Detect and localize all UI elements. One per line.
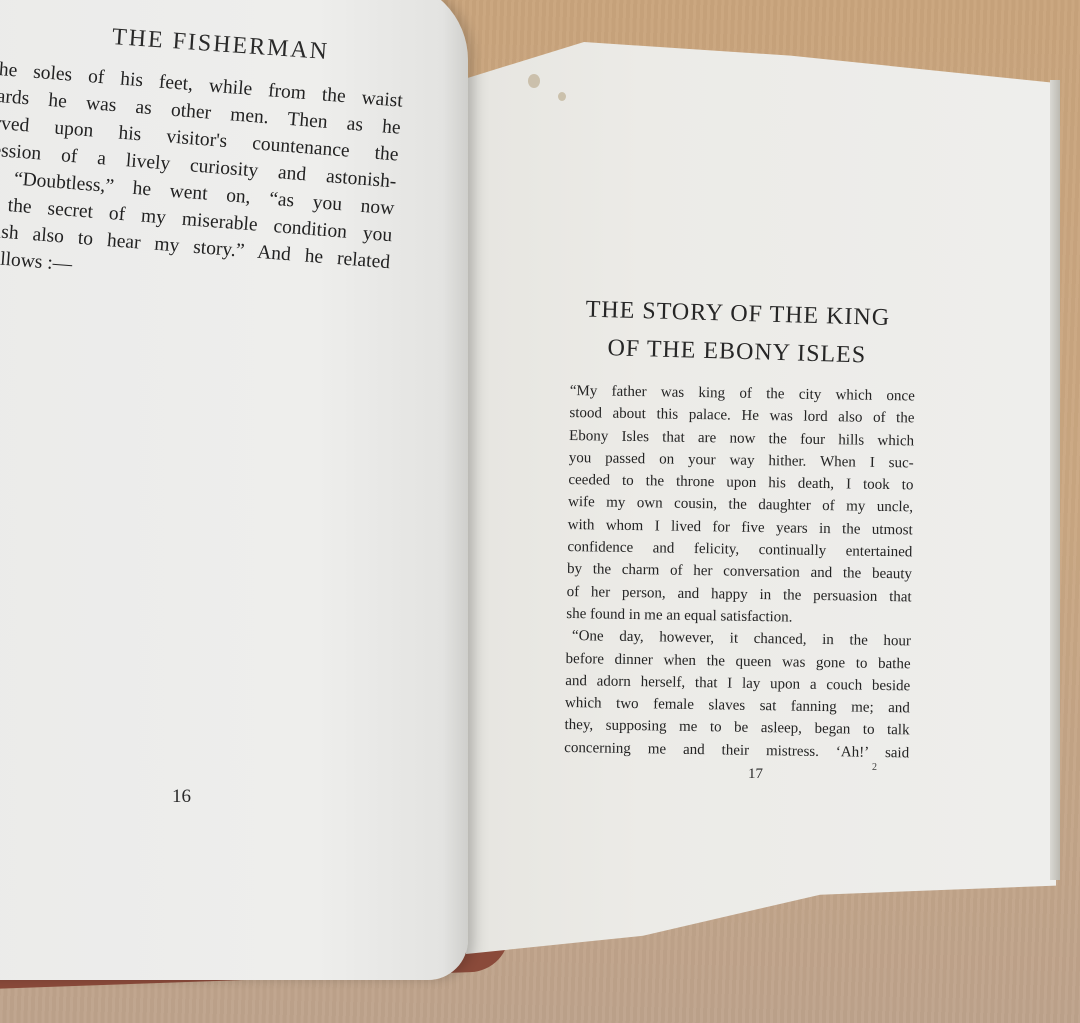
foxing-spot	[528, 74, 540, 88]
right-page-body: “My father was king of the city which on…	[564, 380, 915, 764]
page-number-left: 16	[172, 786, 191, 808]
left-page-body: he soles of his feet, while from the wai…	[0, 56, 419, 304]
paragraph: “One day, however, it chanced, in the ho…	[564, 625, 911, 764]
right-page-edge	[1050, 80, 1060, 880]
page-number-right: 17	[748, 766, 763, 783]
chapter-title: THE STORY OF THE KING OF THE EBONY ISLES	[564, 290, 911, 376]
signature-mark: 2	[872, 762, 877, 773]
paragraph: “My father was king of the city which on…	[566, 380, 915, 631]
foxing-spot	[558, 92, 566, 101]
